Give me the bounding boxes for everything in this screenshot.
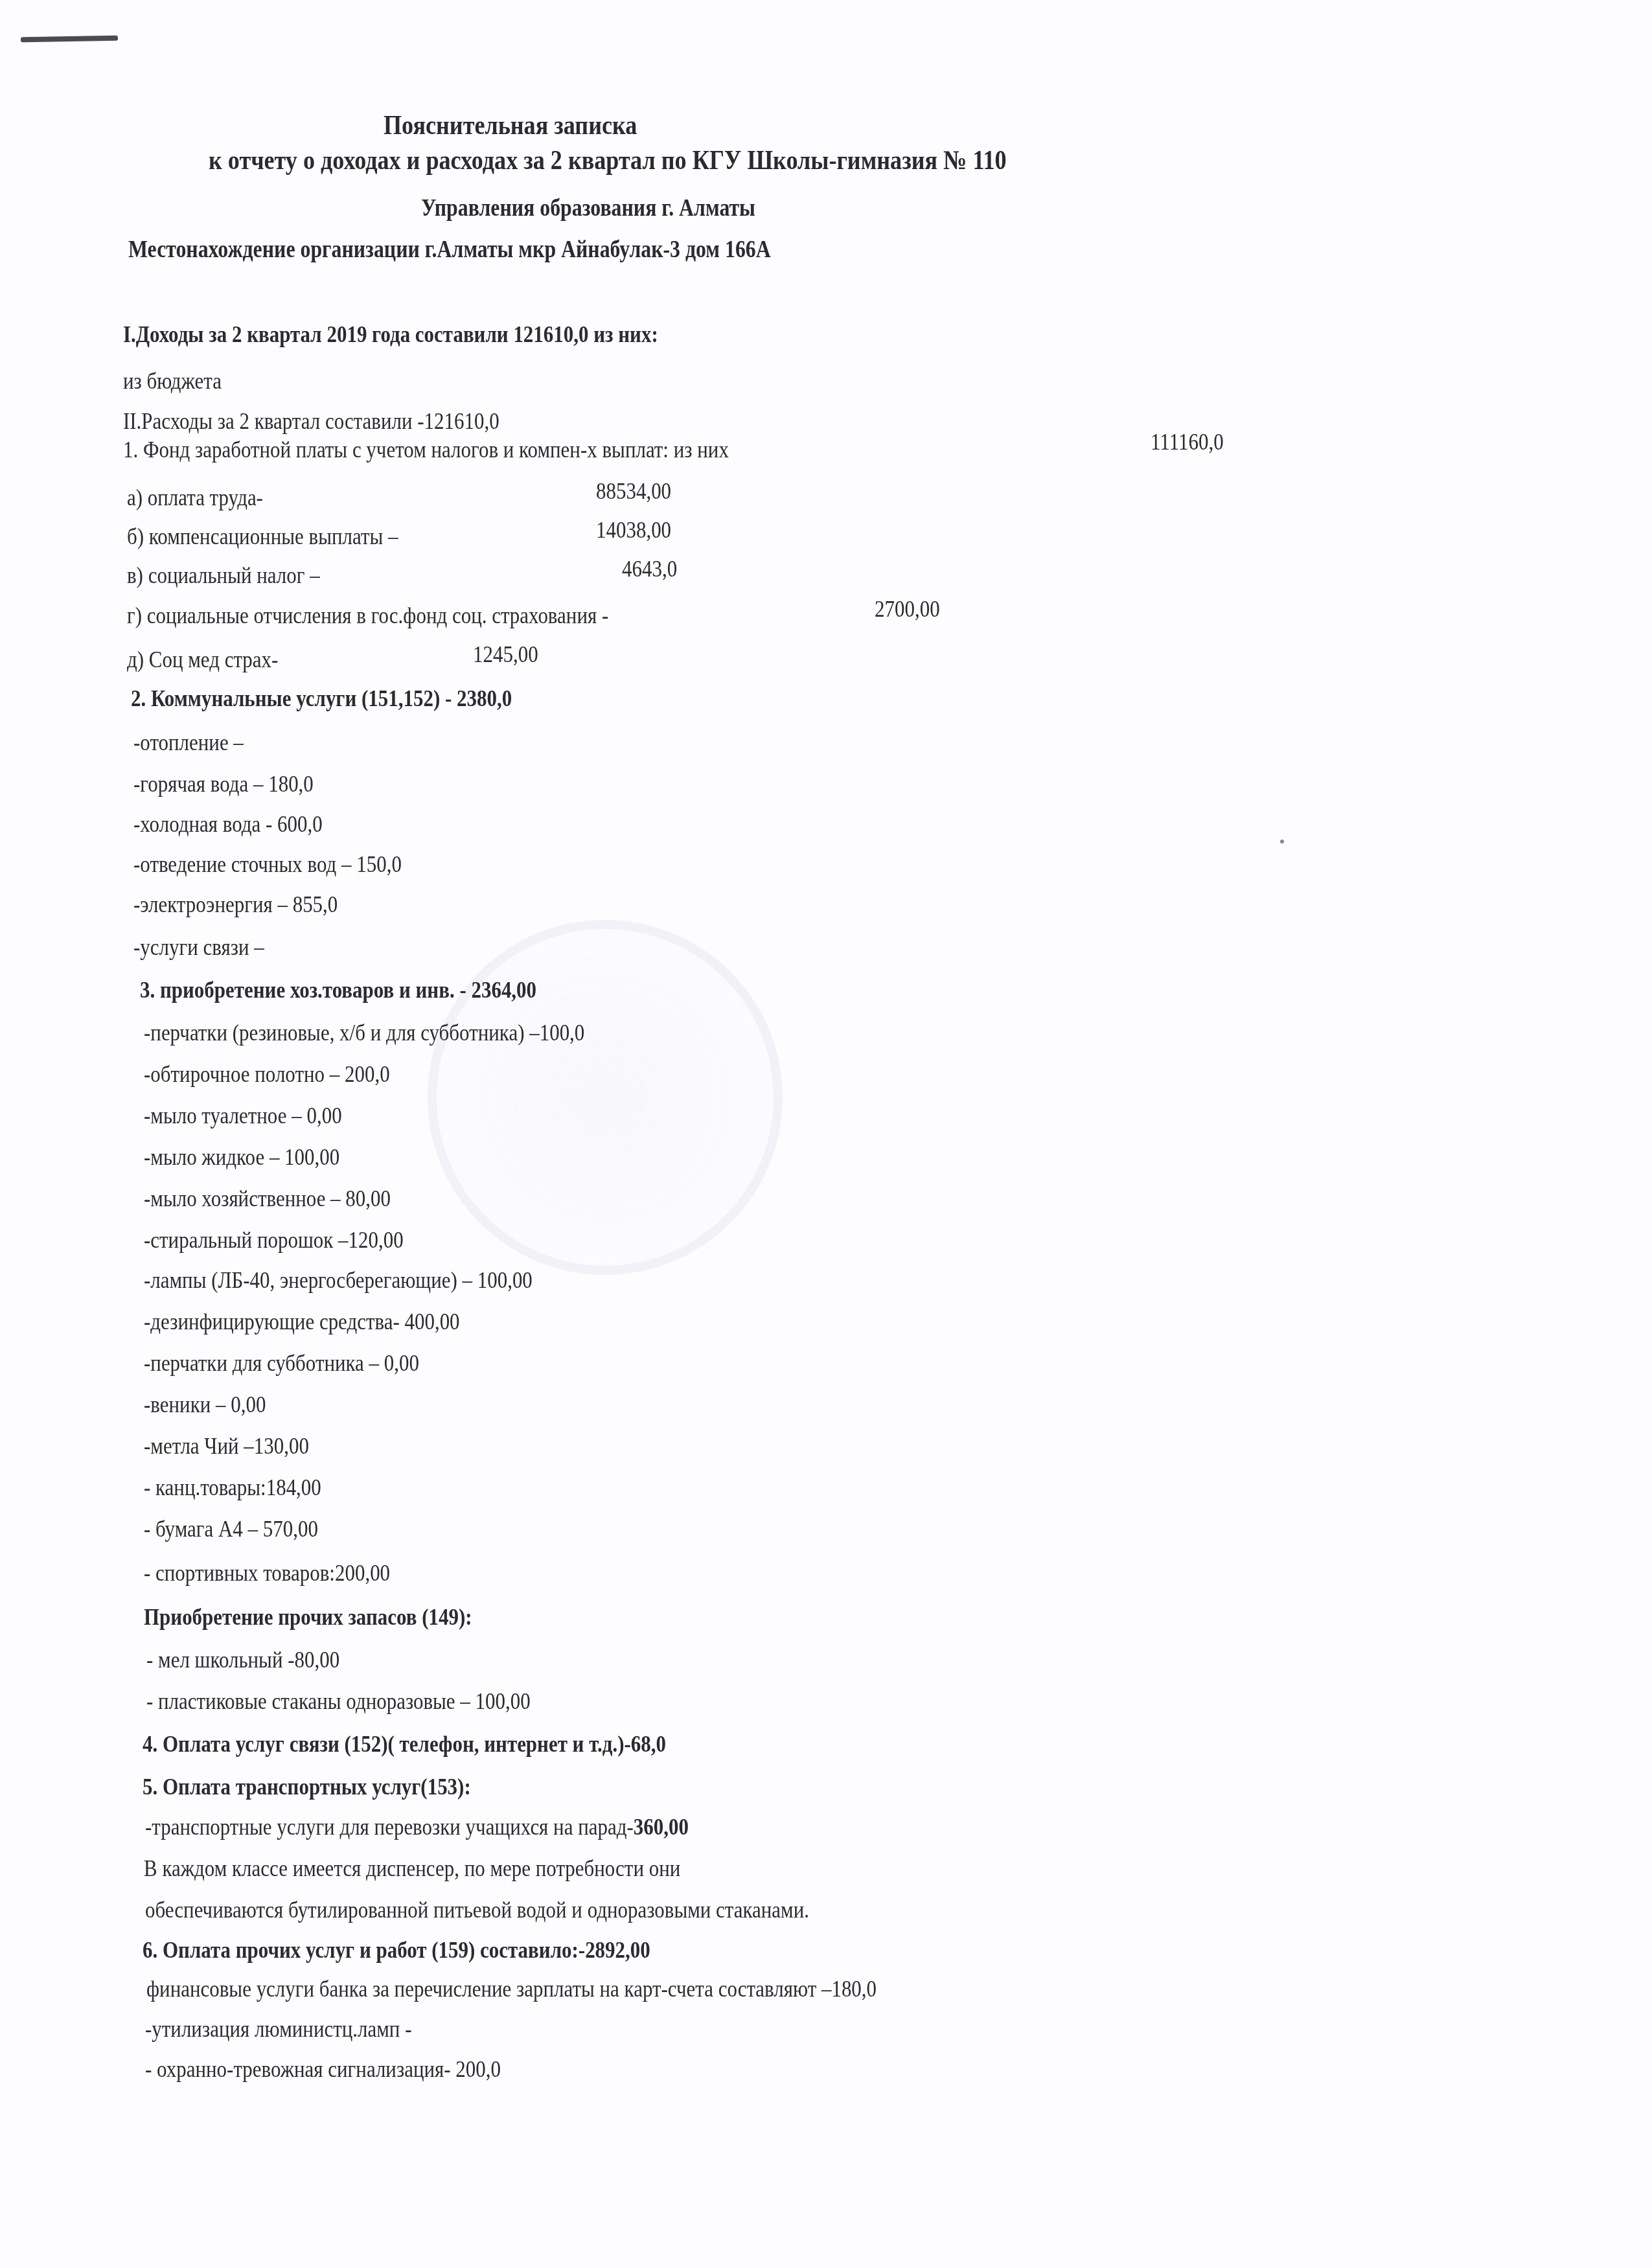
other-stock-item: - мел школьный -80,00 <box>146 1645 339 1674</box>
supplies-item: -обтирочное полотно – 200,0 <box>144 1060 390 1088</box>
department: Управления образования г. Алматы <box>421 194 755 223</box>
supplies-item: - канц.товары:184,00 <box>144 1473 321 1502</box>
transport-item-label: -транспортные услуги для перевозки учащи… <box>145 1814 634 1840</box>
utilities-item: -услуги связи – <box>133 933 264 961</box>
payroll-heading: 1. Фонд заработной платы с учетом налого… <box>123 435 729 464</box>
expenses-heading: II.Расходы за 2 квартал составили -12161… <box>123 407 499 435</box>
transport-heading: 5. Оплата транспортных услуг(153): <box>143 1772 471 1801</box>
supplies-item: - бумага А4 – 570,00 <box>144 1515 318 1543</box>
payroll-item-label: б) компенсационные выплаты – <box>127 522 398 551</box>
supplies-item: -стиральный порошок –120,00 <box>144 1226 404 1254</box>
supplies-item: -перчатки для субботника – 0,00 <box>144 1349 419 1377</box>
bleed-through-stamp <box>428 920 783 1275</box>
supplies-item: -дезинфицирующие средства- 400,00 <box>144 1307 460 1336</box>
utilities-heading: 2. Коммунальные услуги (151,152) - 2380,… <box>131 684 512 713</box>
income-heading: I.Доходы за 2 квартал 2019 года составил… <box>123 320 658 349</box>
other-stock-heading: Приобретение прочих запасов (149): <box>144 1603 472 1631</box>
supplies-item: -мыло жидкое – 100,00 <box>144 1143 339 1171</box>
document-subtitle: к отчету о доходах и расходах за 2 кварт… <box>209 146 1007 175</box>
transport-item: -транспортные услуги для перевозки учащи… <box>145 1813 689 1841</box>
supplies-item: -лампы (ЛБ-40, энергосберегающие) – 100,… <box>144 1266 533 1294</box>
payroll-item-value: 1245,00 <box>473 640 538 669</box>
payroll-item-label: д) Соц мед страх- <box>127 645 278 674</box>
payroll-item-value: 2700,00 <box>875 595 940 623</box>
income-source: из бюджета <box>123 367 222 395</box>
payroll-item-label: г) социальные отчисления в гос.фонд соц.… <box>127 601 608 630</box>
transport-note-line: обеспечиваются бутилированной питьевой в… <box>145 1896 809 1924</box>
communication-heading: 4. Оплата услуг связи (152)( телефон, ин… <box>143 1730 666 1758</box>
utilities-item: -отведение сточных вод – 150,0 <box>133 850 402 878</box>
document-title: Пояснительная записка <box>384 111 637 140</box>
utilities-item: -холодная вода - 600,0 <box>133 810 323 838</box>
other-services-item: -утилизация люминистц.ламп - <box>145 2015 411 2043</box>
payroll-item-value: 88534,00 <box>596 477 671 505</box>
utilities-item: -электроэнергия – 855,0 <box>133 890 338 919</box>
organization-location: Местонахождение организации г.Алматы мкр… <box>128 236 771 264</box>
utilities-item: -горячая вода – 180,0 <box>133 770 314 798</box>
supplies-item: - спортивных товаров:200,00 <box>144 1559 390 1587</box>
other-stock-item: - пластиковые стаканы одноразовые – 100,… <box>146 1687 531 1715</box>
supplies-item: -веники – 0,00 <box>144 1390 266 1419</box>
supplies-item: -мыло хозяйственное – 80,00 <box>144 1184 391 1213</box>
payroll-item-label: а) оплата труда- <box>127 483 263 512</box>
payroll-item-value: 4643,0 <box>622 555 677 583</box>
scan-speck <box>1280 840 1284 843</box>
supplies-heading: 3. приобретение хоз.товаров и инв. - 236… <box>140 976 536 1004</box>
transport-note-line: В каждом классе имеется диспенсер, по ме… <box>144 1854 680 1883</box>
payroll-item-label: в) социальный налог – <box>127 561 320 590</box>
payroll-total: 111160,0 <box>1151 428 1224 456</box>
other-services-item: - охранно-тревожная сигнализация- 200,0 <box>145 2055 501 2083</box>
other-services-item: финансовые услуги банка за перечисление … <box>146 1975 877 2003</box>
payroll-item-value: 14038,00 <box>596 516 671 544</box>
utilities-item: -отопление – <box>133 728 244 757</box>
supplies-item: -перчатки (резиновые, х/б и для субботни… <box>144 1018 584 1047</box>
transport-item-value: 360,00 <box>634 1814 689 1840</box>
staple-mark <box>21 36 118 43</box>
other-services-heading: 6. Оплата прочих услуг и работ (159) сос… <box>143 1936 650 1964</box>
supplies-item: -метла Чий –130,00 <box>144 1432 309 1460</box>
supplies-item: -мыло туалетное – 0,00 <box>144 1101 342 1130</box>
